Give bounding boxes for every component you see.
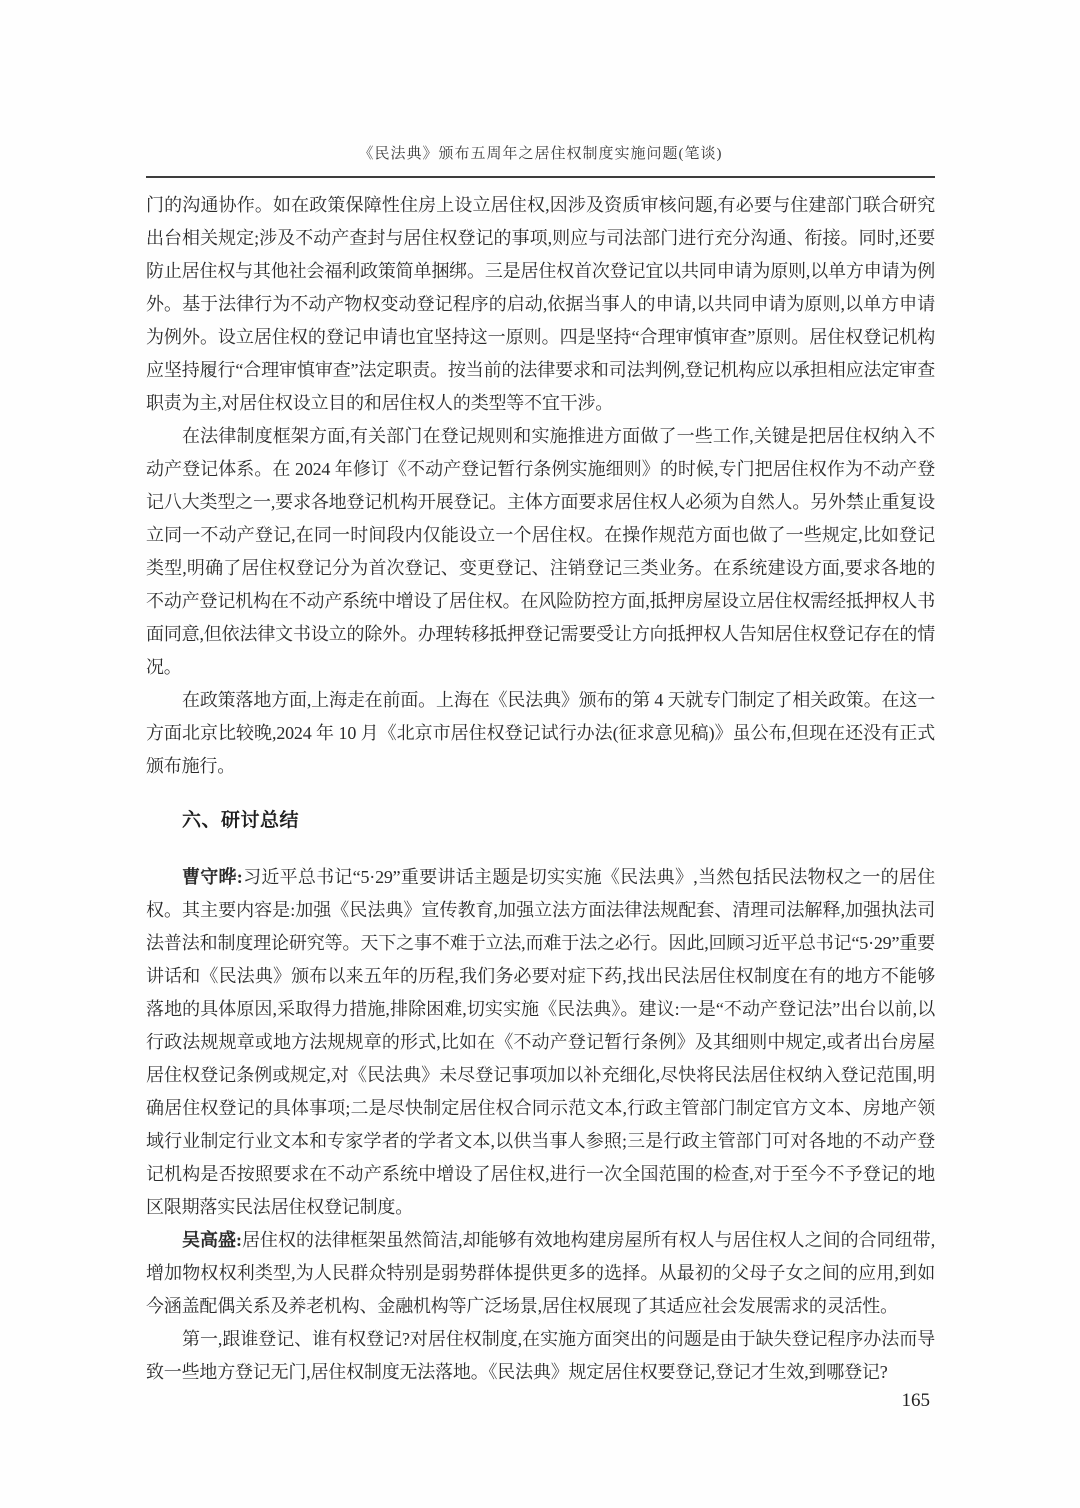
speaker-name: 吴高盛: bbox=[182, 1230, 242, 1250]
running-title: 《民法典》颁布五周年之居住权制度实施问题(笔谈) bbox=[146, 142, 935, 166]
paragraph-text: 居住权的法律框架虽然简洁,却能够有效地构建房屋所有权人与居住权人之间的合同纽带,… bbox=[146, 1230, 935, 1316]
paragraph: 在政策落地方面,上海走在前面。上海在《民法典》颁布的第 4 天就专门制定了相关政… bbox=[146, 684, 935, 783]
article-body: 门的沟通协作。如在政策保障性住房上设立居住权,因涉及资质审核问题,有必要与住建部… bbox=[146, 189, 935, 1389]
paragraph: 在法律制度框架方面,有关部门在登记规则和实施推进方面做了一些工作,关键是把居住权… bbox=[146, 420, 935, 684]
paragraph: 曹守晔:习近平总书记“5·29”重要讲话主题是切实实施《民法典》,当然包括民法物… bbox=[146, 861, 935, 1224]
page-number: 165 bbox=[902, 1390, 931, 1412]
paragraph: 吴高盛:居住权的法律框架虽然简洁,却能够有效地构建房屋所有权人与居住权人之间的合… bbox=[146, 1224, 935, 1323]
speaker-name: 曹守晔: bbox=[182, 867, 243, 887]
paragraph-text: 习近平总书记“5·29”重要讲话主题是切实实施《民法典》,当然包括民法物权之一的… bbox=[146, 867, 935, 1217]
journal-page: 《民法典》颁布五周年之居住权制度实施问题(笔谈) 门的沟通协作。如在政策保障性住… bbox=[0, 0, 1080, 1508]
paragraph: 门的沟通协作。如在政策保障性住房上设立居住权,因涉及资质审核问题,有必要与住建部… bbox=[146, 189, 935, 420]
paragraph: 第一,跟谁登记、谁有权登记?对居住权制度,在实施方面突出的问题是由于缺失登记程序… bbox=[146, 1323, 935, 1389]
section-heading: 六、研讨总结 bbox=[146, 804, 935, 837]
header-rule bbox=[146, 176, 935, 178]
page-content: 《民法典》颁布五周年之居住权制度实施问题(笔谈) 门的沟通协作。如在政策保障性住… bbox=[146, 142, 935, 1389]
